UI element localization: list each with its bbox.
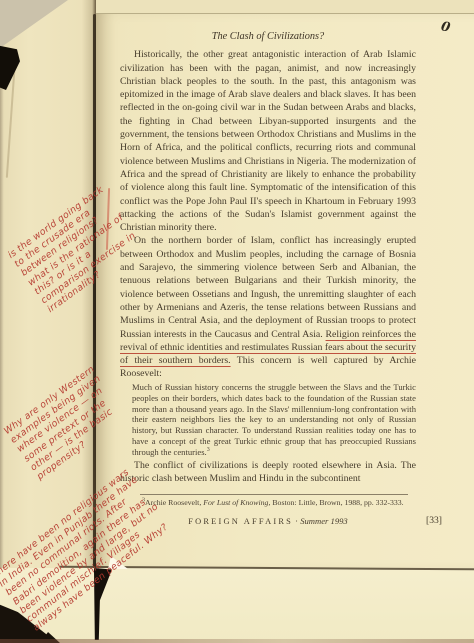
scanned-page: The Clash of Civilizations? Historically… [0, 0, 474, 643]
paragraph-africa: Historically, the other great antagonist… [120, 48, 416, 234]
scan-bottom-edge [0, 639, 474, 643]
paragraph-asia: The conflict of civilizations is deeply … [120, 459, 416, 486]
text-column: The Clash of Civilizations? Historically… [120, 30, 416, 528]
page-top-edge [96, 13, 474, 14]
quote-text: Much of Russian history concerns the str… [132, 382, 416, 457]
page-number: [33] [426, 514, 442, 527]
footnote-book-title: For Lust of Knowing, [203, 498, 270, 507]
paragraph-text: The conflict of civilizations is deeply … [120, 460, 416, 484]
footnote: 3Archie Roosevelt, For Lust of Knowing, … [142, 498, 416, 507]
footnote-reference: 3 [207, 447, 210, 453]
footer-separator: · [295, 516, 298, 526]
journal-name: FOREIGN AFFAIRS [188, 517, 293, 526]
paragraph-text: On the northern border of Islam, conflic… [120, 235, 416, 339]
page-behind-top-strip [96, 0, 474, 14]
footnote-publication: Boston: Little, Brown, 1988, pp. 332-333… [270, 498, 403, 507]
page-gutter-edge [93, 14, 96, 568]
running-title: The Clash of Civilizations? [120, 30, 416, 43]
block-quote-roosevelt: Much of Russian history concerns the str… [132, 382, 416, 458]
footnote-rule [140, 494, 408, 495]
issue-date: Summer 1993 [300, 516, 348, 526]
paragraph-northern-border: On the northern border of Islam, conflic… [120, 234, 416, 380]
paragraph-text: Historically, the other great antagonist… [120, 49, 416, 233]
